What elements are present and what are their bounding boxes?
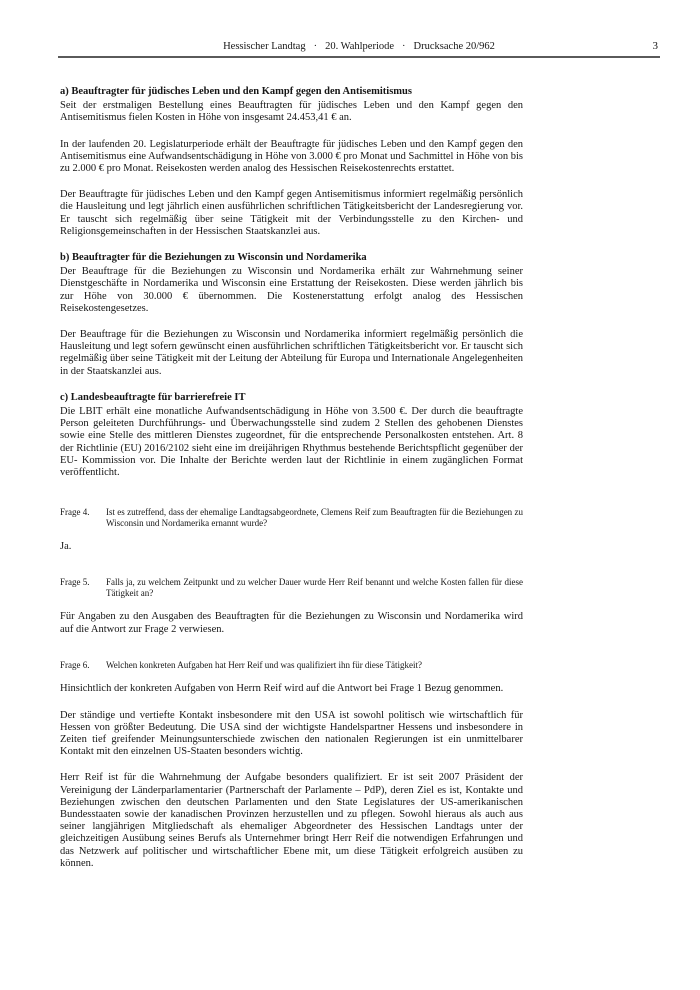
document-page: Hessischer Landtag·20. Wahlperiode·Druck… bbox=[0, 0, 700, 990]
answer-text: Hinsichtlich der konkreten Aufgaben von … bbox=[60, 683, 523, 695]
answer-text: Ja. bbox=[60, 541, 523, 553]
paragraph: Die LBIT erhält eine monatliche Aufwands… bbox=[60, 406, 523, 479]
paragraph: In der laufenden 20. Legislaturperiode e… bbox=[60, 139, 523, 176]
question-frage-5: Frage 5. Falls ja, zu welchem Zeitpunkt … bbox=[60, 577, 523, 598]
section-heading-b: b) Beauftragter für die Beziehungen zu W… bbox=[60, 252, 523, 264]
question-text: Falls ja, zu welchem Zeitpunkt und zu we… bbox=[106, 577, 523, 598]
paragraph: Der Beauftragte für jüdisches Leben und … bbox=[60, 189, 523, 238]
question-frage-6: Frage 6. Welchen konkreten Aufgaben hat … bbox=[60, 660, 523, 671]
header-separator-dot: · bbox=[314, 41, 318, 52]
answer-text: Herr Reif ist für die Wahrnehmung der Au… bbox=[60, 772, 523, 870]
question-frage-4: Frage 4. Ist es zutreffend, dass der ehe… bbox=[60, 507, 523, 528]
header-rule bbox=[58, 56, 660, 58]
question-text: Ist es zutreffend, dass der ehemalige La… bbox=[106, 507, 523, 528]
page-header: Hessischer Landtag·20. Wahlperiode·Druck… bbox=[58, 40, 660, 58]
paragraph: Der Beauftrage für die Beziehungen zu Wi… bbox=[60, 266, 523, 315]
document-body: a) Beauftragter für jüdisches Leben und … bbox=[60, 86, 523, 870]
page-number: 3 bbox=[653, 40, 659, 53]
paragraph: Seit der erstmaligen Bestellung eines Be… bbox=[60, 100, 523, 124]
header-separator-dot: · bbox=[402, 41, 406, 52]
paragraph: Der Beauftrage für die Beziehungen zu Wi… bbox=[60, 329, 523, 378]
answer-text: Der ständige und vertiefte Kontakt insbe… bbox=[60, 710, 523, 759]
question-label: Frage 4. bbox=[60, 507, 106, 528]
section-heading-a: a) Beauftragter für jüdisches Leben und … bbox=[60, 86, 523, 98]
question-label: Frage 6. bbox=[60, 660, 106, 671]
section-heading-c: c) Landesbeauftragte für barrierefreie I… bbox=[60, 392, 523, 404]
header-period: 20. Wahlperiode bbox=[325, 41, 394, 52]
document-header-line: Hessischer Landtag·20. Wahlperiode·Druck… bbox=[58, 40, 660, 53]
question-label: Frage 5. bbox=[60, 577, 106, 598]
header-institution: Hessischer Landtag bbox=[223, 41, 306, 52]
header-document-number: Drucksache 20/962 bbox=[414, 41, 495, 52]
question-text: Welchen konkreten Aufgaben hat Herr Reif… bbox=[106, 660, 523, 671]
answer-text: Für Angaben zu den Ausgaben des Beauftra… bbox=[60, 611, 523, 635]
